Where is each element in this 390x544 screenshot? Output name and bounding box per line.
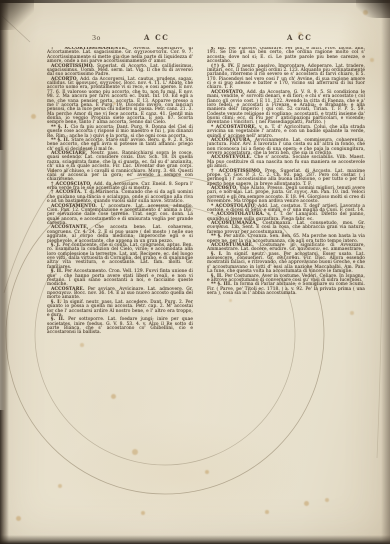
dictionary-entry: ACCOSTATO, Add. da Accostare. G. V. 8. 9… (207, 91, 365, 126)
dictionary-entry: ACCORTO, Add. da Accorgersi. Lat. cautus… (47, 78, 193, 126)
entry-headword: §. I. (51, 243, 62, 248)
entry-headword: ACCOSTATO, (211, 90, 247, 95)
running-head-right: A CC (287, 33, 312, 42)
entry-headword: ACCOSTUMANZA, (211, 221, 262, 226)
corner-crease-line (2, 16, 30, 42)
page-corner-top-left (0, 0, 34, 30)
dictionary-entry: ** §. III. In forma di Parlar abituale; … (207, 283, 365, 296)
dictionary-entry: §. II. Per sottoporre. Lat. foedare jung… (47, 318, 193, 336)
foxing-spot (132, 449, 138, 455)
entry-headword: (†) §. IV. (211, 64, 237, 69)
dictionary-entry: ACCOSTARE. Per avviare, Avvicinare. Lat.… (47, 288, 193, 301)
entry-headword: ACCOSTANTE, (51, 225, 95, 230)
entry-headword: ** §. (211, 234, 224, 239)
entry-headword: * ACCOSTOLATO, (211, 204, 258, 209)
foxing-spot (325, 498, 329, 502)
entry-headword: † ACCORTISSIMAMENTE. (51, 47, 133, 51)
entry-headword: ACCOSTAMENTO. (51, 204, 101, 209)
foxing-spot (205, 470, 209, 474)
entry-headword: §. III. (211, 47, 229, 51)
foxing-spot (363, 10, 368, 15)
entry-headword: ACCOSTEVOLE. (211, 155, 254, 160)
dictionary-entry: † ACCOSTISSIMO, Prep. Superlat. di Accos… (207, 170, 365, 188)
entry-headword: * ACCOSTOLATURA. (211, 212, 267, 217)
page-edge-bottom (0, 535, 390, 544)
paper-stain (60, 420, 300, 530)
entry-headword: §. I. (51, 300, 63, 305)
entry-headword: ACCOSTARE. (51, 287, 88, 292)
entry-headword: ACCORTO, (51, 77, 80, 82)
entry-headword: ACCORTISSIMO. (51, 64, 97, 69)
fold-line-right (377, 150, 382, 458)
dictionary-entry: ACCOSCIARE, Neutr. pass. Rannicchiarsi s… (47, 152, 193, 183)
entry-headword: §. I. (211, 252, 226, 257)
entry-headword: * ACCOSTATORE. (211, 125, 259, 130)
entry-headword: ** §. II. (51, 138, 71, 143)
page-corner-top-right (356, 0, 390, 18)
entry-headword: ACCOSTO, (211, 186, 240, 191)
dictionary-entry: §. II. Per Accostamento. Cron. Vell. 129… (47, 270, 193, 288)
page-number: 3o (92, 34, 101, 42)
page-edge-left-fade (0, 150, 5, 410)
page-edge-top (0, 0, 390, 3)
dictionary-entry: §. III. Per Piacere, Quadrare. Per piu, … (207, 47, 365, 65)
dictionary-entry: ACCOSTO, Vale Allato, Presso. Degli uomi… (207, 187, 365, 205)
foxing-spot (31, 114, 36, 119)
entry-headword: ACCOSCIARE, (51, 151, 90, 156)
dictionary-entry: §. I. In signif. neutr. pass. Per accost… (207, 253, 365, 275)
dictionary-entry: ACCOSTANTE, Che accosta bene. Lat. cohae… (47, 226, 193, 244)
entry-headword: ** §. III. (211, 282, 234, 287)
foxing-spot (265, 510, 269, 514)
dictionary-entry: ACCOSTATURA, Avvicinamento. Lat. commiss… (207, 139, 365, 157)
entry-headword: §. II. (51, 317, 68, 322)
foxing-spot (304, 501, 309, 506)
dictionary-entry: † ACCORTISSIMAMENTE. Avverb. superlativo… (47, 47, 193, 65)
entry-headword: ACCOSTATURA, (211, 138, 255, 143)
dictionary-entry: (†) §. IV. E neutr. passivo. Improntare,… (207, 65, 365, 91)
foxing-spot (58, 484, 62, 488)
entry-headword: † ACCOSTISSIMO, (211, 169, 265, 174)
dictionary-entry: §. I. Per confacente, che si confa. Lat.… (47, 244, 193, 270)
entry-headword: † ACCOSCIATO, (51, 182, 94, 187)
text-column-left: † ACCORTISSIMAMENTE. Avverb. superlativo… (47, 47, 193, 426)
page-edge-left (0, 0, 9, 544)
entry-headword: † ACCOSTA. (51, 190, 84, 195)
foxing-spot (370, 58, 374, 62)
dictionary-entry: §. I. In signif. neutr. pass. Lat. acced… (47, 301, 193, 319)
entry-headword: §. II. (51, 269, 65, 274)
entry-headword: §. II. (211, 274, 225, 279)
running-head-left: A CC (144, 33, 169, 42)
scanned-page: 3o A CC A CC † ACCORTISSIMAMENTE. Avverb… (0, 0, 390, 544)
dictionary-entry: ACCOSTAMENTO. L' accostare. Lat. accessu… (47, 205, 193, 227)
foxing-spot (141, 511, 145, 515)
foxing-spot (16, 516, 21, 521)
text-column-right: §. III. Per Piacere, Quadrare. Per piu, … (207, 47, 365, 433)
page-edge-right (381, 0, 390, 544)
entry-headword: ** §. I. (51, 125, 71, 130)
entry-headword: ACCOSTUMARE. (211, 243, 260, 248)
